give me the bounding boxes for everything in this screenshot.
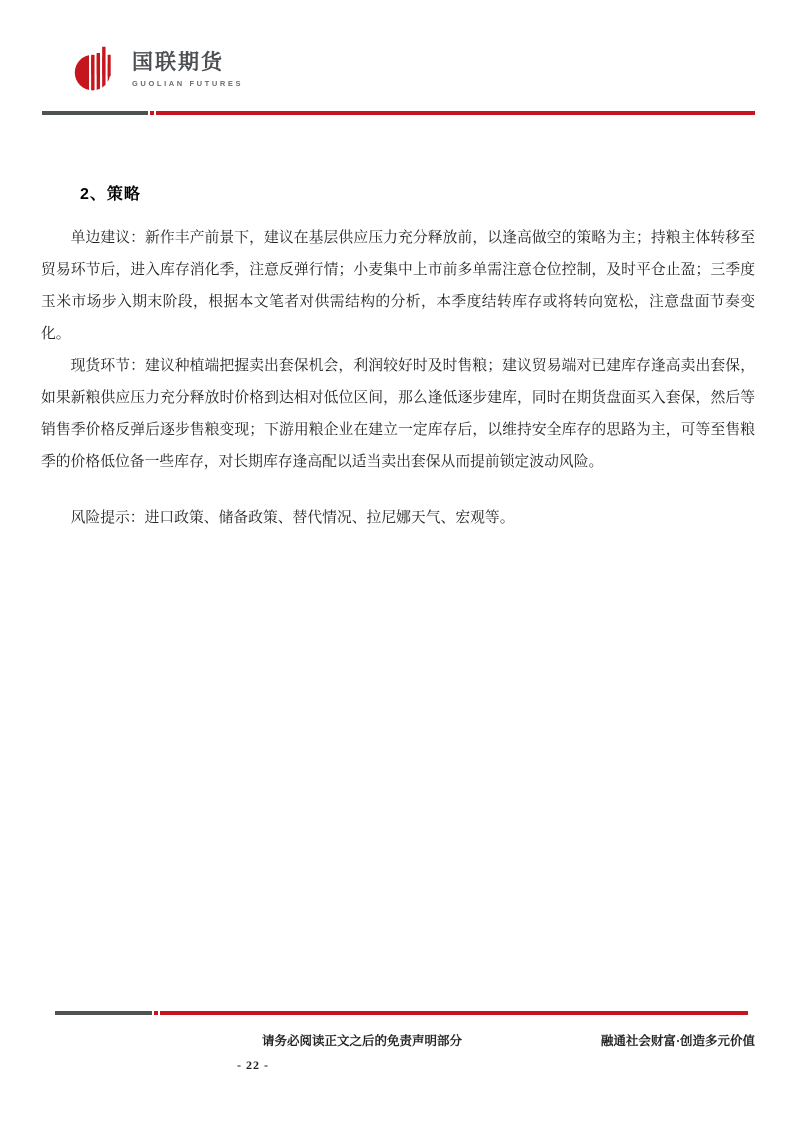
report-page: 国联期货 GUOLIAN FUTURES 2、策略 单边建议：新作丰产前景下，建… bbox=[0, 0, 794, 1123]
footer-slogan: 融通社会财富·创造多元价值 bbox=[601, 1031, 755, 1049]
paragraph-trading-advice: 单边建议：新作丰产前景下，建议在基层供应压力充分释放前，以逢高做空的策略为主；持… bbox=[41, 222, 755, 350]
header-divider-gray-segment bbox=[42, 111, 148, 115]
logo-name-en: GUOLIAN FUTURES bbox=[132, 79, 243, 88]
company-logo: 国联期货 GUOLIAN FUTURES bbox=[73, 45, 243, 93]
guolian-logo-icon bbox=[73, 45, 121, 93]
footer-divider bbox=[55, 1011, 748, 1015]
paragraph-risk-warning: 风险提示：进口政策、储备政策、替代情况、拉尼娜天气、宏观等。 bbox=[41, 502, 755, 534]
logo-text: 国联期货 GUOLIAN FUTURES bbox=[132, 51, 243, 88]
footer-disclaimer: 请务必阅读正文之后的免责声明部分 bbox=[262, 1031, 462, 1049]
logo-name-cn: 国联期货 bbox=[132, 51, 243, 75]
header-divider bbox=[42, 111, 755, 115]
header-divider-red-segment bbox=[156, 111, 755, 115]
page-number: - 22 - bbox=[237, 1058, 269, 1073]
paragraph-spot-market: 现货环节：建议种植端把握卖出套保机会，利润较好时及时售粮；建议贸易端对已建库存逢… bbox=[41, 350, 755, 478]
footer-divider-red-segment bbox=[160, 1011, 748, 1015]
footer-divider-gray-segment bbox=[55, 1011, 152, 1015]
section-heading: 2、策略 bbox=[80, 181, 141, 204]
body-text: 单边建议：新作丰产前景下，建议在基层供应压力充分释放前，以逢高做空的策略为主；持… bbox=[41, 222, 755, 534]
